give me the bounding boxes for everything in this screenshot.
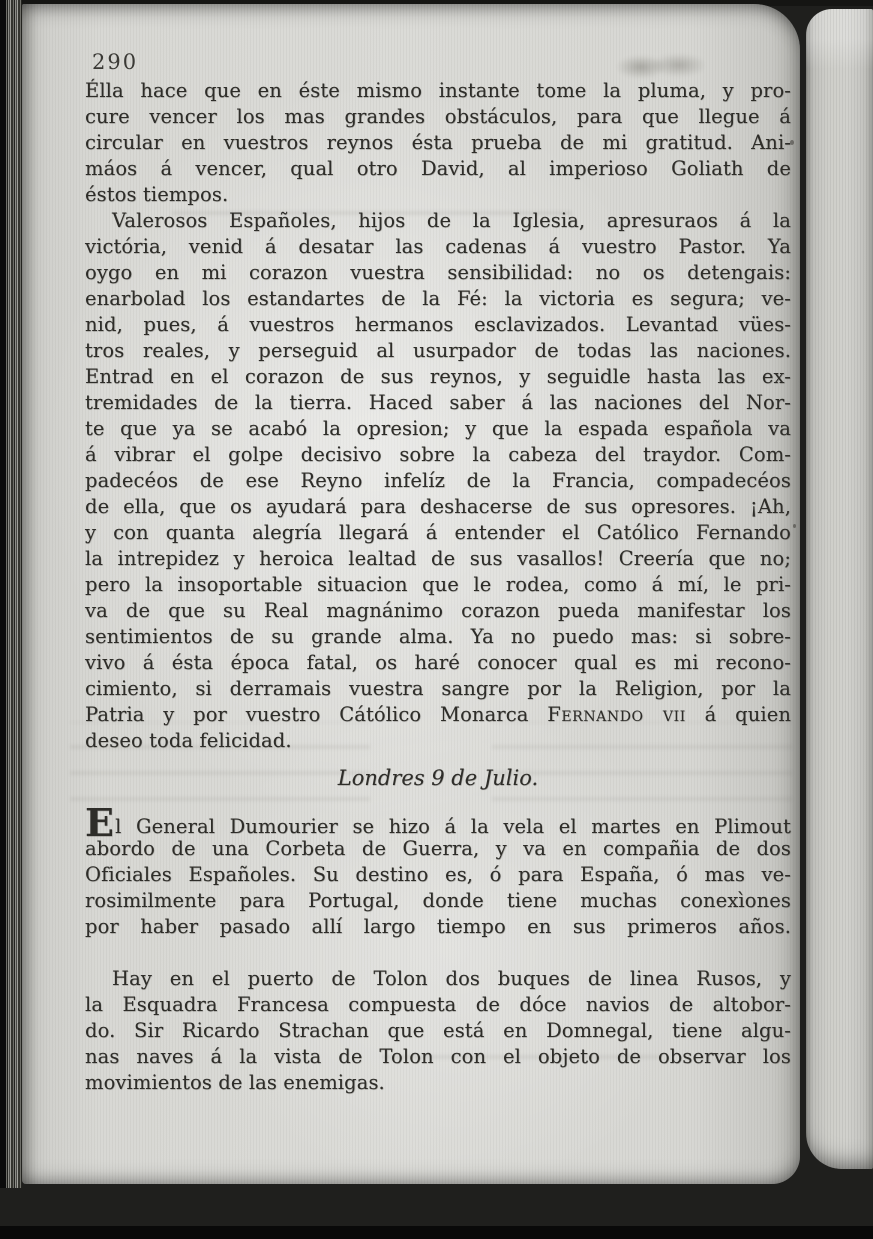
- text-segment: nas naves á la vista de Tolon con el obj…: [85, 1045, 791, 1068]
- text-line: cimiento, si derramais vuestra sangre po…: [85, 676, 791, 702]
- book-page: 290 Élla hace que en éste mismo instante…: [22, 4, 800, 1184]
- text-line: enarbolad los estandartes de la Fé: la v…: [85, 286, 791, 312]
- text-line: te que ya se acabó la opresion; y que la…: [85, 416, 791, 442]
- text-segment: Patria y por vuestro Cátólico Monarca: [85, 703, 547, 726]
- text-line: por haber pasado allí largo tiempo en su…: [85, 914, 791, 940]
- text-segment: de ella, que os ayudará para deshacerse …: [85, 495, 791, 518]
- text-line: cure vencer los mas grandes obstáculos, …: [85, 104, 791, 130]
- text-segment: do. Sir Ricardo Strachan que está en Dom…: [85, 1019, 791, 1042]
- text-segment: éstos tiempos.: [85, 183, 228, 206]
- text-segment: Élla hace que en éste mismo instante tom…: [85, 79, 791, 102]
- text-segment: Oficiales Españoles. Su destino es, ó pa…: [85, 863, 791, 886]
- text-segment: á vibrar el golpe decisivo sobre la cabe…: [85, 443, 791, 466]
- text-segment: Hay en el puerto de Tolon dos buques de …: [112, 967, 791, 990]
- text-line: Entrad en el corazon de sus reynos, y se…: [85, 364, 791, 390]
- text-segment: la Esquadra Francesa compuesta de dóce n…: [85, 993, 791, 1016]
- text-segment: va de que su Real magnánimo corazon pued…: [85, 599, 791, 622]
- text-line: Patria y por vuestro Cátólico Monarca Fe…: [85, 702, 791, 728]
- text-segment: tros reales, y perseguid al usurpador de…: [85, 339, 791, 362]
- paragraph-4: Hay en el puerto de Tolon dos buques de …: [85, 966, 791, 1096]
- text-segment: Valerosos Españoles, hijos de la Iglesia…: [112, 209, 791, 232]
- text-line: tros reales, y perseguid al usurpador de…: [85, 338, 791, 364]
- text-line: Hay en el puerto de Tolon dos buques de …: [85, 966, 791, 992]
- text-line: va de que su Real magnánimo corazon pued…: [85, 598, 791, 624]
- text-segment: nid, pues, á vuestros hermanos esclaviza…: [85, 313, 791, 336]
- binding-page-edges: [0, 0, 22, 1188]
- text-line: máos á vencer, qual otro David, al imper…: [85, 156, 791, 182]
- text-segment: y con quanta alegría llegará á entender …: [85, 521, 791, 544]
- text-segment: abordo de una Corbeta de Guerra, y va en…: [85, 837, 791, 860]
- text-line: tremidades de la tierra. Haced saber á l…: [85, 390, 791, 416]
- text-segment: movimientos de las enemigas.: [85, 1071, 385, 1094]
- text-line: abordo de una Corbeta de Guerra, y va en…: [85, 836, 791, 862]
- small-caps-text: Fernando vii: [547, 703, 686, 726]
- text-segment: te que ya se acabó la opresion; y que la…: [85, 417, 791, 440]
- text-line: oygo en mi corazon vuestra sensibilidad:…: [85, 260, 791, 286]
- text-line: la intrepidez y heroica lealtad de sus v…: [85, 546, 791, 572]
- paragraph-1: Élla hace que en éste mismo instante tom…: [85, 78, 791, 208]
- page-text: Élla hace que en éste mismo instante tom…: [85, 78, 791, 1096]
- text-line: de ella, que os ayudará para deshacerse …: [85, 494, 791, 520]
- text-line: movimientos de las enemigas.: [85, 1070, 791, 1096]
- text-line: El General Dumourier se hizo á la vela e…: [85, 810, 791, 836]
- text-line: padecéos de ese Reyno infelíz de la Fran…: [85, 468, 791, 494]
- text-line: Oficiales Españoles. Su destino es, ó pa…: [85, 862, 791, 888]
- text-segment: sentimientos de su grande alma. Ya no pu…: [85, 625, 791, 648]
- scan-bed-shadow: [0, 1226, 873, 1239]
- text-line: rosimilmente para Portugal, donde tiene …: [85, 888, 791, 914]
- drop-cap-initial: E: [85, 813, 114, 833]
- text-segment: enarbolad los estandartes de la Fé: la v…: [85, 287, 791, 310]
- paragraph-3: El General Dumourier se hizo á la vela e…: [85, 810, 791, 966]
- paragraph-2: Valerosos Españoles, hijos de la Iglesia…: [85, 208, 791, 754]
- text-line: sentimientos de su grande alma. Ya no pu…: [85, 624, 791, 650]
- text-segment: padecéos de ese Reyno infelíz de la Fran…: [85, 469, 791, 492]
- text-segment: pero la insoportable situacion que le ro…: [85, 573, 791, 596]
- book-scan: 290 Élla hace que en éste mismo instante…: [0, 0, 873, 1239]
- text-line: deseo toda felicidad.: [85, 728, 791, 754]
- text-line: Valerosos Españoles, hijos de la Iglesia…: [85, 208, 791, 234]
- text-line: nid, pues, á vuestros hermanos esclaviza…: [85, 312, 791, 338]
- ink-speck: [793, 524, 796, 528]
- text-line: Élla hace que en éste mismo instante tom…: [85, 78, 791, 104]
- text-line: vivo á ésta época fatal, os haré conocer…: [85, 650, 791, 676]
- text-segment: victória, venid á desatar las cadenas á …: [85, 235, 791, 258]
- text-segment: l General Dumourier se hizo á la vela el…: [115, 815, 791, 838]
- text-line: éstos tiempos.: [85, 182, 791, 208]
- text-segment: tremidades de la tierra. Haced saber á l…: [85, 391, 791, 414]
- text-line: la Esquadra Francesa compuesta de dóce n…: [85, 992, 791, 1018]
- text-segment: circular en vuestros reynos ésta prueba …: [85, 131, 791, 154]
- text-segment: vivo á ésta época fatal, os haré conocer…: [85, 651, 791, 674]
- page-fore-edge: [806, 9, 873, 1169]
- dateline-heading: Londres 9 de Julio.: [85, 765, 791, 791]
- text-line: circular en vuestros reynos ésta prueba …: [85, 130, 791, 156]
- page-number: 290: [92, 50, 138, 74]
- text-segment: Entrad en el corazon de sus reynos, y se…: [85, 365, 791, 388]
- text-line: victória, venid á desatar las cadenas á …: [85, 234, 791, 260]
- text-line: [85, 940, 791, 966]
- text-segment: cure vencer los mas grandes obstáculos, …: [85, 105, 791, 128]
- text-line: á vibrar el golpe decisivo sobre la cabe…: [85, 442, 791, 468]
- ink-speck: [790, 140, 794, 145]
- text-segment: cimiento, si derramais vuestra sangre po…: [85, 677, 791, 700]
- text-segment: la intrepidez y heroica lealtad de sus v…: [85, 547, 791, 570]
- text-segment: máos á vencer, qual otro David, al imper…: [85, 157, 791, 180]
- text-line: pero la insoportable situacion que le ro…: [85, 572, 791, 598]
- text-segment: deseo toda felicidad.: [85, 729, 292, 752]
- text-segment: rosimilmente para Portugal, donde tiene …: [85, 889, 791, 912]
- text-segment: á quien: [686, 703, 791, 726]
- text-line: nas naves á la vista de Tolon con el obj…: [85, 1044, 791, 1070]
- text-line: y con quanta alegría llegará á entender …: [85, 520, 791, 546]
- text-segment: oygo en mi corazon vuestra sensibilidad:…: [85, 261, 791, 284]
- text-segment: por haber pasado allí largo tiempo en su…: [85, 915, 791, 938]
- text-line: do. Sir Ricardo Strachan que está en Dom…: [85, 1018, 791, 1044]
